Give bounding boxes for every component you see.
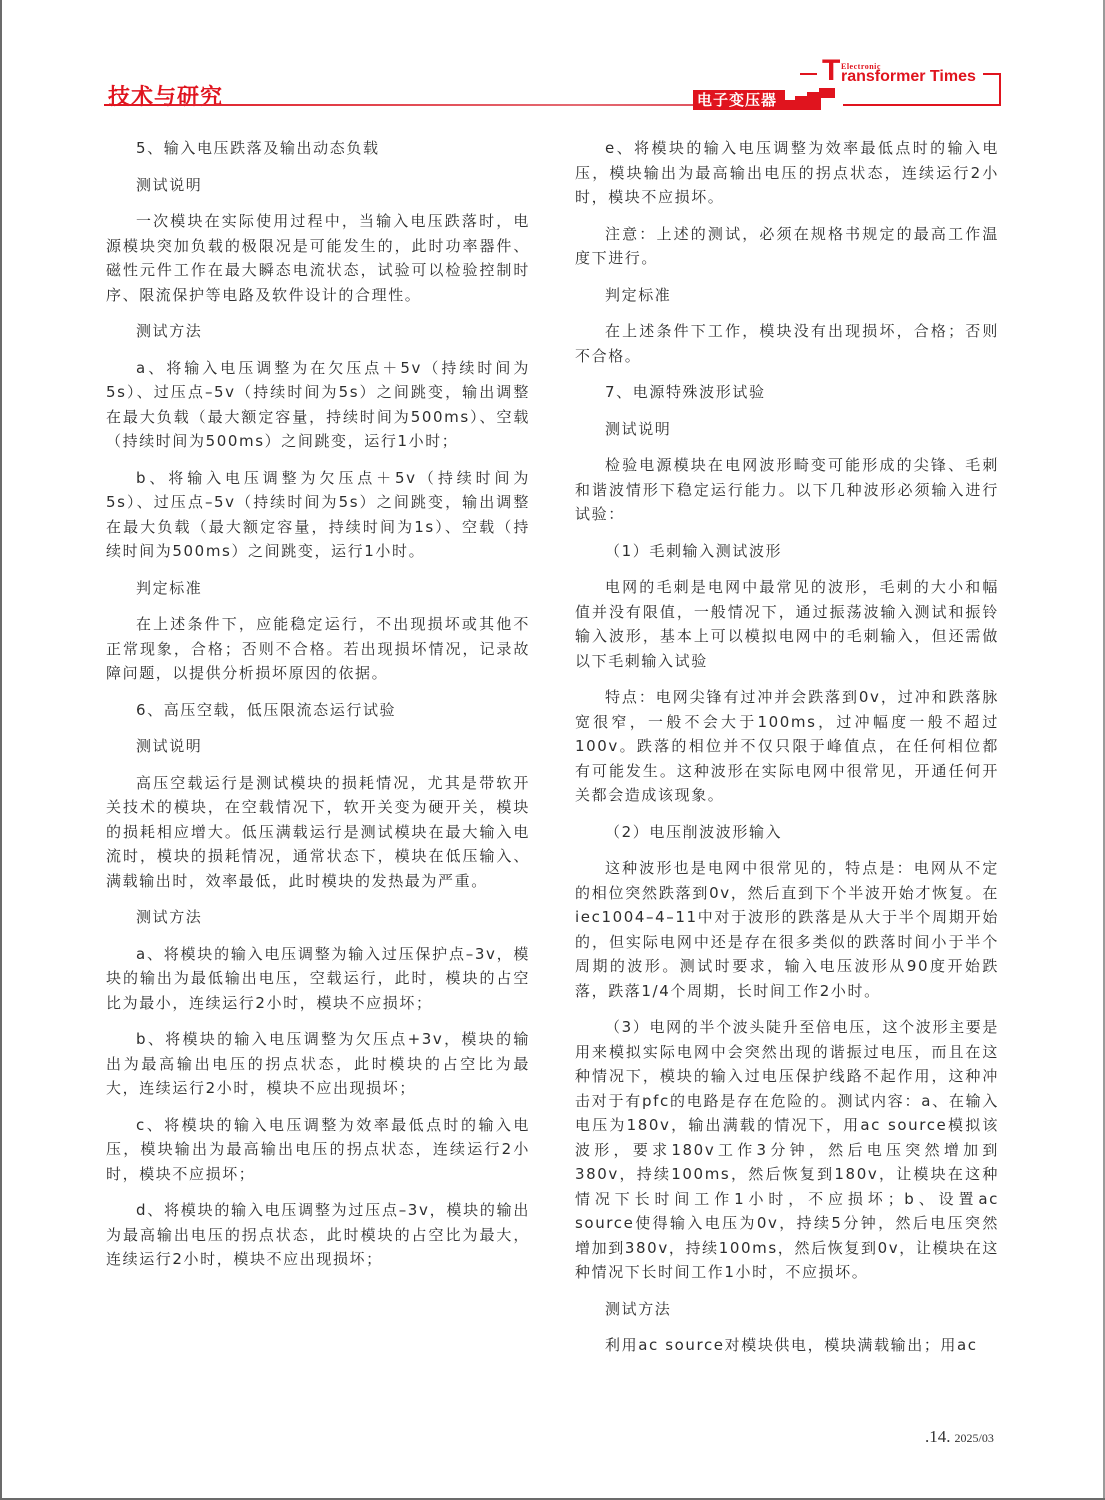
section-title: 技术与研究 [108, 80, 223, 111]
subheading: 测试方法 [575, 1297, 999, 1322]
header-bracket-vertical [999, 73, 1001, 106]
paragraph: d、将模块的输入电压调整为过压点–3v，模块的输出为最高输出电压的拐点状态，此时… [106, 1198, 530, 1272]
section-heading-7: 7、电源特殊波形试验 [575, 380, 999, 405]
subheading: （1）毛刺输入测试波形 [575, 539, 999, 564]
paragraph: 在上述条件下，应能稳定运行，不出现损坏或其他不正常现象，合格；否则不合格。若出现… [106, 612, 530, 686]
subheading: 判定标准 [575, 283, 999, 308]
section-heading-6: 6、高压空载，低压限流态运行试验 [106, 698, 530, 723]
subheading: 测试说明 [575, 417, 999, 442]
logo-transformer-times: ransformer Times [841, 68, 976, 86]
page-footer: .14. 2025/03 [925, 1427, 994, 1447]
paragraph: 高压空载运行是测试模块的损耗情况，尤其是带软开关技术的模块，在空载情况下，软开关… [106, 771, 530, 894]
subheading: 测试说明 [106, 734, 530, 759]
paragraph: 在上述条件下工作，模块没有出现损坏，合格；否则不合格。 [575, 319, 999, 368]
issue-date: 2025/03 [955, 1431, 994, 1445]
subheading: 测试方法 [106, 319, 530, 344]
paragraph: 这种波形也是电网中很常见的，特点是：电网从不定的相位突然跌落到0v，然后直到下个… [575, 856, 999, 1003]
page-number: .14. [925, 1427, 951, 1446]
paragraph: c、将模块的输入电压调整为效率最低点时的输入电压，模块输出为最高输出电压的拐点状… [106, 1113, 530, 1187]
page-border-left [0, 0, 2, 1500]
right-column: e、将模块的输入电压调整为效率最低点时的输入电压，模块输出为最高输出电压的拐点状… [575, 136, 999, 1370]
section-heading-5: 5、输入电压跌落及输出动态负载 [106, 136, 530, 161]
paragraph: a、将模块的输入电压调整为输入过压保护点–3v，模块的输出为最低输出电压，空载运… [106, 942, 530, 1016]
logo-big-letter: T [822, 54, 840, 88]
paragraph: （3）电网的半个波头陡升至倍电压，这个波形主要是用来模拟实际电网中会突然出现的谐… [575, 1015, 999, 1285]
paragraph: e、将模块的输入电压调整为效率最低点时的输入电压，模块输出为最高输出电压的拐点状… [575, 136, 999, 210]
note-paragraph: 注意：上述的测试，必须在规格书规定的最高工作温度下进行。 [575, 222, 999, 271]
paragraph: b、将模块的输入电压调整为欠压点+3v，模块的输出为最高输出电压的拐点状态，此时… [106, 1027, 530, 1101]
subheading: 判定标准 [106, 576, 530, 601]
header-rule-left [104, 104, 694, 106]
paragraph: 特点：电网尖锋有过冲并会跌落到0v，过冲和跌落脉宽很窄，一般不会大于100ms，… [575, 685, 999, 808]
left-column: 5、输入电压跌落及输出动态负载 测试说明 一次模块在实际使用过程中，当输入电压跌… [106, 136, 530, 1284]
paragraph: 利用ac source对模块供电，模块满载输出；用ac [575, 1333, 999, 1358]
paragraph: 检验电源模块在电网波形畸变可能形成的尖锋、毛刺和谐波情形下稳定运行能力。以下几种… [575, 453, 999, 527]
paragraph: 一次模块在实际使用过程中，当输入电压跌落时，电源模块突加负载的极限况是可能发生的… [106, 209, 530, 307]
subheading: （2）电压削波波形输入 [575, 820, 999, 845]
subheading: 测试方法 [106, 905, 530, 930]
subheading: 测试说明 [106, 173, 530, 198]
header-rule-right [843, 104, 999, 106]
header-bracket-top [983, 73, 1000, 75]
paragraph: b、将输入电压调整为欠压点＋5v（持续时间为5s）、过压点–5v（持续时间为5s… [106, 466, 530, 564]
header-dash-left [800, 73, 817, 75]
paragraph: a、将输入电压调整为在欠压点＋5v（持续时间为5s）、过压点–5v（持续时间为5… [106, 356, 530, 454]
brand-label: 电子变压器 [693, 90, 785, 110]
brand-step-decoration [785, 88, 837, 110]
paragraph: 电网的毛刺是电网中最常见的波形，毛刺的大小和幅值并没有限值，一般情况下，通过振荡… [575, 575, 999, 673]
